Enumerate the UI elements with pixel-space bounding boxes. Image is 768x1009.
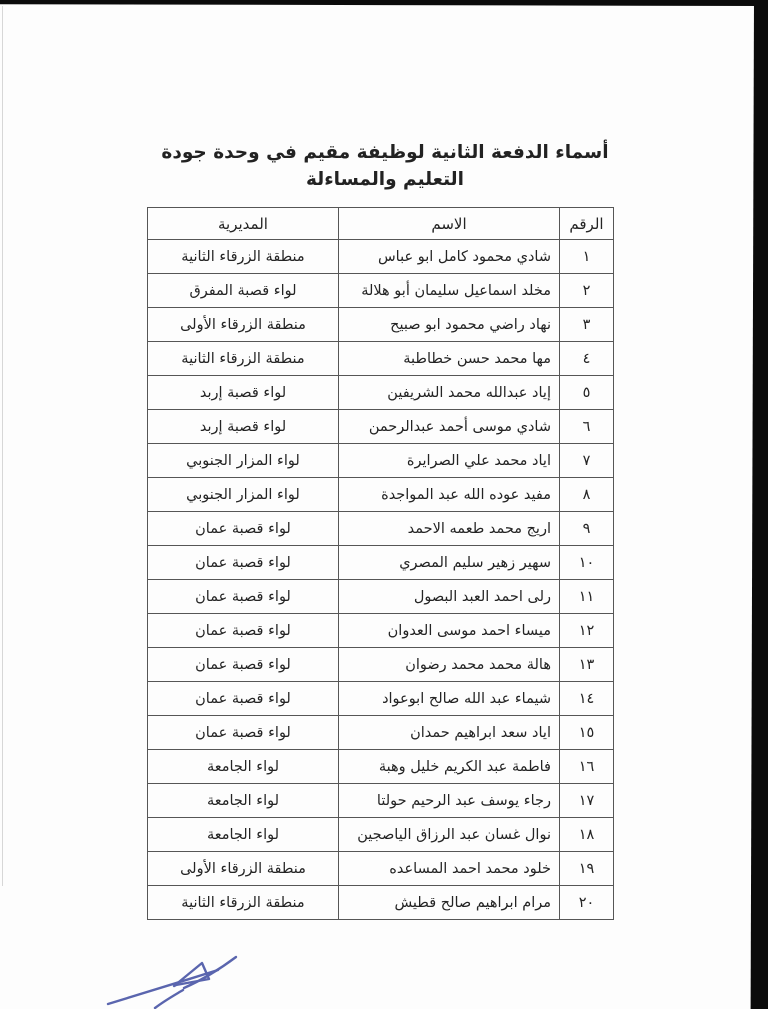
roster-table: الرقم الاسم المديرية ١شادي محمود كامل اب… — [147, 207, 614, 920]
cell-directorate: لواء قصبة إربد — [148, 376, 339, 410]
cell-number: ٢ — [560, 274, 614, 308]
cell-name: ميساء احمد موسى العدوان — [339, 614, 560, 648]
cell-name: نوال غسان عبد الرزاق الياصجين — [339, 818, 560, 852]
table-row: ٦شادي موسى أحمد عبدالرحمنلواء قصبة إربد — [148, 410, 614, 444]
cell-directorate: لواء الجامعة — [148, 784, 339, 818]
table-row: ١٨نوال غسان عبد الرزاق الياصجينلواء الجا… — [148, 818, 614, 852]
table-row: ٢مخلد اسماعيل سليمان أبو هلالةلواء قصبة … — [148, 274, 614, 308]
cell-number: ٩ — [560, 512, 614, 546]
table-row: ١١رلى احمد العبد البصوللواء قصبة عمان — [148, 580, 614, 614]
cell-directorate: لواء الجامعة — [148, 750, 339, 784]
cell-number: ٨ — [560, 478, 614, 512]
cell-directorate: لواء قصبة عمان — [148, 580, 339, 614]
cell-name: اريج محمد طعمه الاحمد — [339, 512, 560, 546]
cell-directorate: منطقة الزرقاء الثانية — [148, 240, 339, 274]
scan-top-edge — [0, 0, 768, 6]
signature-lower-stroke — [155, 990, 183, 1008]
table-row: ٥إياد عبدالله محمد الشريفينلواء قصبة إرب… — [148, 376, 614, 410]
cell-number: ١٧ — [560, 784, 614, 818]
handwritten-signature — [100, 938, 250, 1009]
scan-right-edge — [748, 0, 768, 1009]
signature-long-stroke — [108, 970, 218, 1004]
scanned-document-page: { "document": { "language": "ar", "title… — [0, 0, 768, 1009]
cell-name: رجاء يوسف عبد الرحيم حولتا — [339, 784, 560, 818]
cell-directorate: لواء قصبة عمان — [148, 512, 339, 546]
cell-directorate: منطقة الزرقاء الثانية — [148, 342, 339, 376]
cell-number: ١٤ — [560, 682, 614, 716]
table-row: ٢٠مرام ابراهيم صالح قطيشمنطقة الزرقاء ال… — [148, 886, 614, 920]
cell-number: ٤ — [560, 342, 614, 376]
cell-directorate: منطقة الزرقاء الأولى — [148, 852, 339, 886]
cell-number: ١١ — [560, 580, 614, 614]
header-number: الرقم — [560, 208, 614, 240]
table-row: ١٦فاطمة عبد الكريم خليل وهبةلواء الجامعة — [148, 750, 614, 784]
cell-number: ٣ — [560, 308, 614, 342]
cell-name: مفيد عوده الله عبد المواجدة — [339, 478, 560, 512]
cell-directorate: لواء قصبة عمان — [148, 546, 339, 580]
cell-name: خلود محمد احمد المساعده — [339, 852, 560, 886]
roster-table-body: ١شادي محمود كامل ابو عباسمنطقة الزرقاء ا… — [148, 240, 614, 920]
cell-number: ٦ — [560, 410, 614, 444]
cell-name: مخلد اسماعيل سليمان أبو هلالة — [339, 274, 560, 308]
cell-name: رلى احمد العبد البصول — [339, 580, 560, 614]
cell-number: ٥ — [560, 376, 614, 410]
cell-name: سهير زهير سليم المصري — [339, 546, 560, 580]
table-row: ٣نهاد راضي محمود ابو صبيحمنطقة الزرقاء ا… — [148, 308, 614, 342]
cell-number: ١٢ — [560, 614, 614, 648]
cell-directorate: لواء المزار الجنوبي — [148, 444, 339, 478]
table-row: ٨مفيد عوده الله عبد المواجدةلواء المزار … — [148, 478, 614, 512]
cell-name: نهاد راضي محمود ابو صبيح — [339, 308, 560, 342]
table-row: ١٠سهير زهير سليم المصريلواء قصبة عمان — [148, 546, 614, 580]
cell-name: اياد سعد ابراهيم حمدان — [339, 716, 560, 750]
cell-number: ١٩ — [560, 852, 614, 886]
cell-name: مها محمد حسن خطاطبة — [339, 342, 560, 376]
cell-name: فاطمة عبد الكريم خليل وهبة — [339, 750, 560, 784]
table-row: ٩اريج محمد طعمه الاحمدلواء قصبة عمان — [148, 512, 614, 546]
table-row: ١٤شيماء عبد الله صالح ابوعوادلواء قصبة ع… — [148, 682, 614, 716]
table-row: ١٣هالة محمد محمد رضوانلواء قصبة عمان — [148, 648, 614, 682]
table-row: ٧اياد محمد علي الصرايرةلواء المزار الجنو… — [148, 444, 614, 478]
table-row: ١٧رجاء يوسف عبد الرحيم حولتالواء الجامعة — [148, 784, 614, 818]
cell-name: مرام ابراهيم صالح قطيش — [339, 886, 560, 920]
cell-number: ١٣ — [560, 648, 614, 682]
cell-number: ٧ — [560, 444, 614, 478]
cell-directorate: لواء قصبة عمان — [148, 682, 339, 716]
cell-directorate: منطقة الزرقاء الأولى — [148, 308, 339, 342]
table-row: ١٥اياد سعد ابراهيم حمدانلواء قصبة عمان — [148, 716, 614, 750]
cell-name: اياد محمد علي الصرايرة — [339, 444, 560, 478]
cell-number: ١٥ — [560, 716, 614, 750]
cell-directorate: لواء قصبة عمان — [148, 648, 339, 682]
cell-name: شادي موسى أحمد عبدالرحمن — [339, 410, 560, 444]
cell-number: ١٨ — [560, 818, 614, 852]
table-row: ١٩خلود محمد احمد المساعدهمنطقة الزرقاء ا… — [148, 852, 614, 886]
cell-name: هالة محمد محمد رضوان — [339, 648, 560, 682]
cell-directorate: لواء قصبة المفرق — [148, 274, 339, 308]
cell-number: ١ — [560, 240, 614, 274]
cell-directorate: لواء قصبة عمان — [148, 716, 339, 750]
page-title: أسماء الدفعة الثانية لوظيفة مقيم في وحدة… — [150, 139, 620, 193]
table-header-row: الرقم الاسم المديرية — [148, 208, 614, 240]
cell-name: شادي محمود كامل ابو عباس — [339, 240, 560, 274]
cell-directorate: لواء الجامعة — [148, 818, 339, 852]
scan-left-edge — [2, 6, 3, 886]
cell-directorate: لواء قصبة إربد — [148, 410, 339, 444]
table-row: ١٢ميساء احمد موسى العدوانلواء قصبة عمان — [148, 614, 614, 648]
header-name: الاسم — [339, 208, 560, 240]
cell-number: ١٠ — [560, 546, 614, 580]
cell-directorate: لواء قصبة عمان — [148, 614, 339, 648]
cell-number: ١٦ — [560, 750, 614, 784]
header-directorate: المديرية — [148, 208, 339, 240]
table-row: ١شادي محمود كامل ابو عباسمنطقة الزرقاء ا… — [148, 240, 614, 274]
cell-directorate: لواء المزار الجنوبي — [148, 478, 339, 512]
cell-name: إياد عبدالله محمد الشريفين — [339, 376, 560, 410]
cell-name: شيماء عبد الله صالح ابوعواد — [339, 682, 560, 716]
table-row: ٤مها محمد حسن خطاطبةمنطقة الزرقاء الثاني… — [148, 342, 614, 376]
cell-number: ٢٠ — [560, 886, 614, 920]
cell-directorate: منطقة الزرقاء الثانية — [148, 886, 339, 920]
